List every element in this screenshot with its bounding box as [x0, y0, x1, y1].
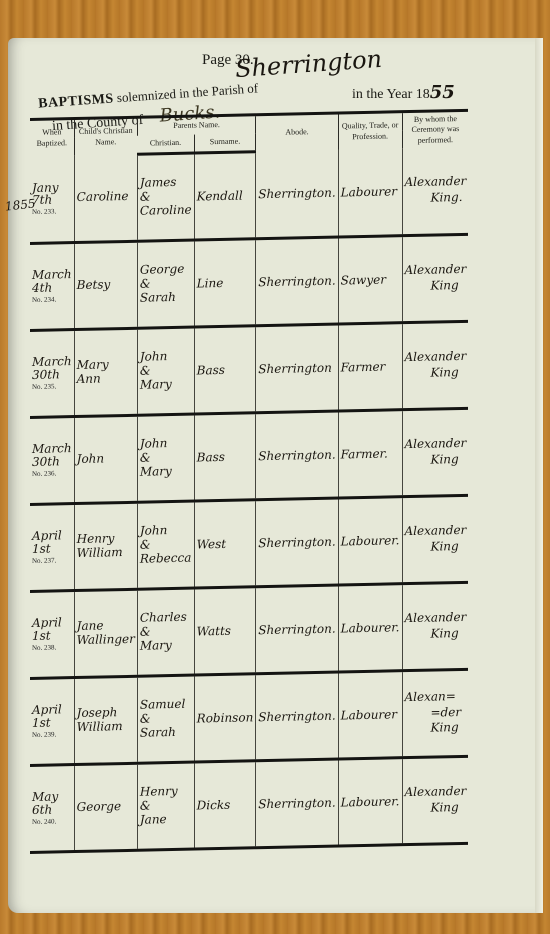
minister-line: King	[405, 452, 467, 469]
baptism-day: 1st	[32, 716, 72, 729]
minister-line: King	[405, 800, 467, 817]
cell-child-name: HenryWilliam	[74, 502, 137, 590]
col-when-baptized: When Baptized.	[30, 119, 74, 157]
title-year: in the Year 1855	[352, 82, 455, 103]
parents-line: Charles	[140, 611, 192, 626]
cell-minister: Alexan= =der King	[402, 669, 468, 757]
cell-when-baptized: Jany 7th No. 233.	[30, 155, 74, 243]
cell-parents-christian: John&Mary	[137, 414, 194, 502]
title-baptisms: BAPTISMS	[38, 91, 114, 111]
cell-child-name: JaneWallinger	[74, 589, 137, 677]
parents-line: Samuel	[140, 698, 192, 713]
entry-number: No. 234.	[32, 296, 72, 304]
minister-line: King	[405, 626, 467, 643]
child-line: William	[77, 545, 135, 560]
minister-line: King	[405, 278, 467, 295]
minister-line: Alexander	[405, 349, 467, 366]
cell-trade: Labourer	[338, 670, 402, 758]
parents-line: Jane	[140, 812, 192, 827]
cell-trade: Farmer.	[338, 409, 402, 497]
table-row: March 4th No. 234. Betsy George&Sarah Li…	[30, 234, 468, 330]
minister-line: Alexander	[405, 523, 467, 540]
cell-abode: Sherrington.	[256, 237, 338, 326]
baptism-day: 30th	[32, 368, 72, 381]
entry-number: No. 235.	[32, 383, 72, 391]
cell-when-baptized: April 1st No. 238.	[30, 590, 74, 678]
baptism-day: 1st	[32, 629, 72, 642]
col-parent-surname: Surname.	[194, 133, 256, 153]
entry-number: No. 238.	[32, 644, 72, 652]
cell-minister: Alexander King	[402, 495, 468, 583]
parents-line: Henry	[140, 785, 192, 800]
cell-surname: Line	[194, 238, 256, 326]
title-line-1: BAPTISMS solemnized in the Parish of	[38, 80, 259, 112]
table-row: Jany 7th No. 233. Caroline James&Carolin…	[30, 147, 468, 243]
table-row: April 1st No. 237. HenryWilliam John&Reb…	[30, 495, 468, 591]
minister-line: King	[405, 539, 467, 556]
cell-child-name: MaryAnn	[74, 328, 137, 416]
cell-abode: Sherrington.	[256, 150, 338, 239]
parents-line: John	[140, 350, 192, 365]
cell-surname: West	[194, 499, 256, 587]
parents-line: &	[140, 450, 192, 465]
entry-number: No. 239.	[32, 731, 72, 739]
parents-line: &	[140, 624, 192, 639]
cell-when-baptized: May 6th No. 240.	[30, 764, 74, 852]
minister-line: =der King	[405, 705, 467, 737]
cell-trade: Labourer.	[338, 496, 402, 584]
cell-parents-christian: George&Sarah	[137, 240, 194, 328]
cell-minister: Alexander King	[402, 321, 468, 409]
minister-line: King.	[405, 190, 467, 207]
parents-line: &	[140, 363, 192, 378]
col-child-name: Child's Christian Name.	[74, 117, 137, 155]
cell-surname: Kendall	[194, 151, 256, 239]
table-row: March 30th No. 236. John John&Mary Bass …	[30, 408, 468, 504]
parents-line: Sarah	[140, 290, 192, 305]
cell-abode: Sherrington.	[256, 585, 338, 674]
baptism-day: 30th	[32, 455, 72, 468]
cell-trade: Farmer	[338, 322, 402, 410]
minister-line: Alexander	[405, 436, 467, 453]
cell-surname: Bass	[194, 412, 256, 500]
cell-minister: Alexander King	[402, 408, 468, 496]
minister-line: Alexander	[405, 262, 467, 279]
col-abode: Abode.	[256, 113, 338, 151]
col-by-whom: By whom the Ceremony was performed.	[402, 110, 468, 148]
cell-abode: Sherrington.	[256, 759, 338, 848]
child-line: Ann	[77, 371, 135, 386]
table-row: April 1st No. 239. JosephWilliam Samuel&…	[30, 669, 468, 765]
child-line: Mary	[77, 358, 135, 373]
cell-abode: Sherrington.	[256, 411, 338, 500]
table-row: May 6th No. 240. George Henry&Jane Dicks…	[30, 756, 468, 852]
cell-minister: Alexander King.	[402, 147, 468, 235]
cell-parents-christian: Charles&Mary	[137, 588, 194, 676]
table-row: March 30th No. 235. MaryAnn John&Mary Ba…	[30, 321, 468, 417]
parents-line: Mary	[140, 638, 192, 653]
minister-line: Alexan=	[405, 689, 467, 706]
child-line: Wallinger	[77, 632, 135, 647]
cell-when-baptized: March 30th No. 236.	[30, 416, 74, 504]
minister-line: Alexander	[405, 784, 467, 801]
parents-line: George	[140, 263, 192, 278]
parents-line: &	[140, 276, 192, 291]
entry-number: No. 237.	[32, 557, 72, 565]
parents-line: Rebecca	[140, 551, 192, 566]
parents-line: Caroline	[140, 203, 192, 218]
child-line: Betsy	[77, 278, 135, 293]
baptism-day: 4th	[32, 281, 72, 294]
minister-line: Alexander	[405, 174, 467, 191]
child-line: George	[77, 800, 135, 815]
parents-line: &	[140, 798, 192, 813]
cell-when-baptized: March 4th No. 234.	[30, 242, 74, 330]
cell-child-name: Betsy	[74, 241, 137, 329]
parents-line: John	[140, 524, 192, 539]
child-line: William	[77, 719, 135, 734]
baptism-day: 7th	[32, 193, 72, 206]
cell-trade: Labourer.	[338, 583, 402, 671]
cell-surname: Robinson	[194, 673, 256, 761]
cell-parents-christian: James&Caroline	[137, 153, 194, 241]
cell-parents-christian: Henry&Jane	[137, 762, 194, 850]
minister-line: King	[405, 365, 467, 382]
col-quality-trade: Quality, Trade, or Profession.	[338, 112, 402, 150]
cell-parents-christian: John&Rebecca	[137, 501, 194, 589]
cell-surname: Dicks	[194, 760, 256, 848]
cell-minister: Alexander King	[402, 582, 468, 670]
parents-line: John	[140, 437, 192, 452]
cell-surname: Watts	[194, 586, 256, 674]
cell-trade: Labourer	[338, 148, 402, 236]
cell-when-baptized: March 30th No. 235.	[30, 329, 74, 417]
page-edge	[535, 38, 543, 913]
cell-child-name: Caroline	[74, 154, 137, 242]
title-solemnized: solemnized in the Parish of	[116, 80, 258, 105]
cell-parents-christian: John&Mary	[137, 327, 194, 415]
year-value: 55	[430, 82, 455, 103]
cell-abode: Sherrington	[256, 324, 338, 413]
parents-line: &	[140, 711, 192, 726]
baptism-register-table: When Baptized. Child's Christian Name. P…	[30, 109, 468, 854]
cell-child-name: John	[74, 415, 137, 503]
col-parent-christian: Christian.	[137, 134, 194, 154]
cell-abode: Sherrington.	[256, 672, 338, 761]
parents-line: Sarah	[140, 725, 192, 740]
entry-number: No. 240.	[32, 818, 72, 826]
parents-line: James	[140, 176, 192, 191]
year-label: in the Year 18	[352, 87, 430, 102]
child-line: John	[77, 452, 135, 467]
cell-when-baptized: April 1st No. 239.	[30, 677, 74, 765]
cell-trade: Sawyer	[338, 235, 402, 323]
parents-line: Mary	[140, 377, 192, 392]
cell-minister: Alexander King	[402, 234, 468, 322]
cell-trade: Labourer.	[338, 757, 402, 845]
minister-line: Alexander	[405, 610, 467, 627]
entry-number: No. 236.	[32, 470, 72, 478]
child-line: Caroline	[77, 190, 135, 205]
cell-child-name: JosephWilliam	[74, 676, 137, 764]
baptism-day: 6th	[32, 803, 72, 816]
cell-minister: Alexander King	[402, 756, 468, 844]
cell-abode: Sherrington.	[256, 498, 338, 587]
cell-child-name: George	[74, 763, 137, 851]
cell-parents-christian: Samuel&Sarah	[137, 675, 194, 763]
cell-when-baptized: April 1st No. 237.	[30, 503, 74, 591]
table-row: April 1st No. 238. JaneWallinger Charles…	[30, 582, 468, 678]
entry-number: No. 233.	[32, 208, 72, 216]
parents-line: Mary	[140, 464, 192, 479]
baptism-day: 1st	[32, 542, 72, 555]
cell-surname: Bass	[194, 325, 256, 413]
